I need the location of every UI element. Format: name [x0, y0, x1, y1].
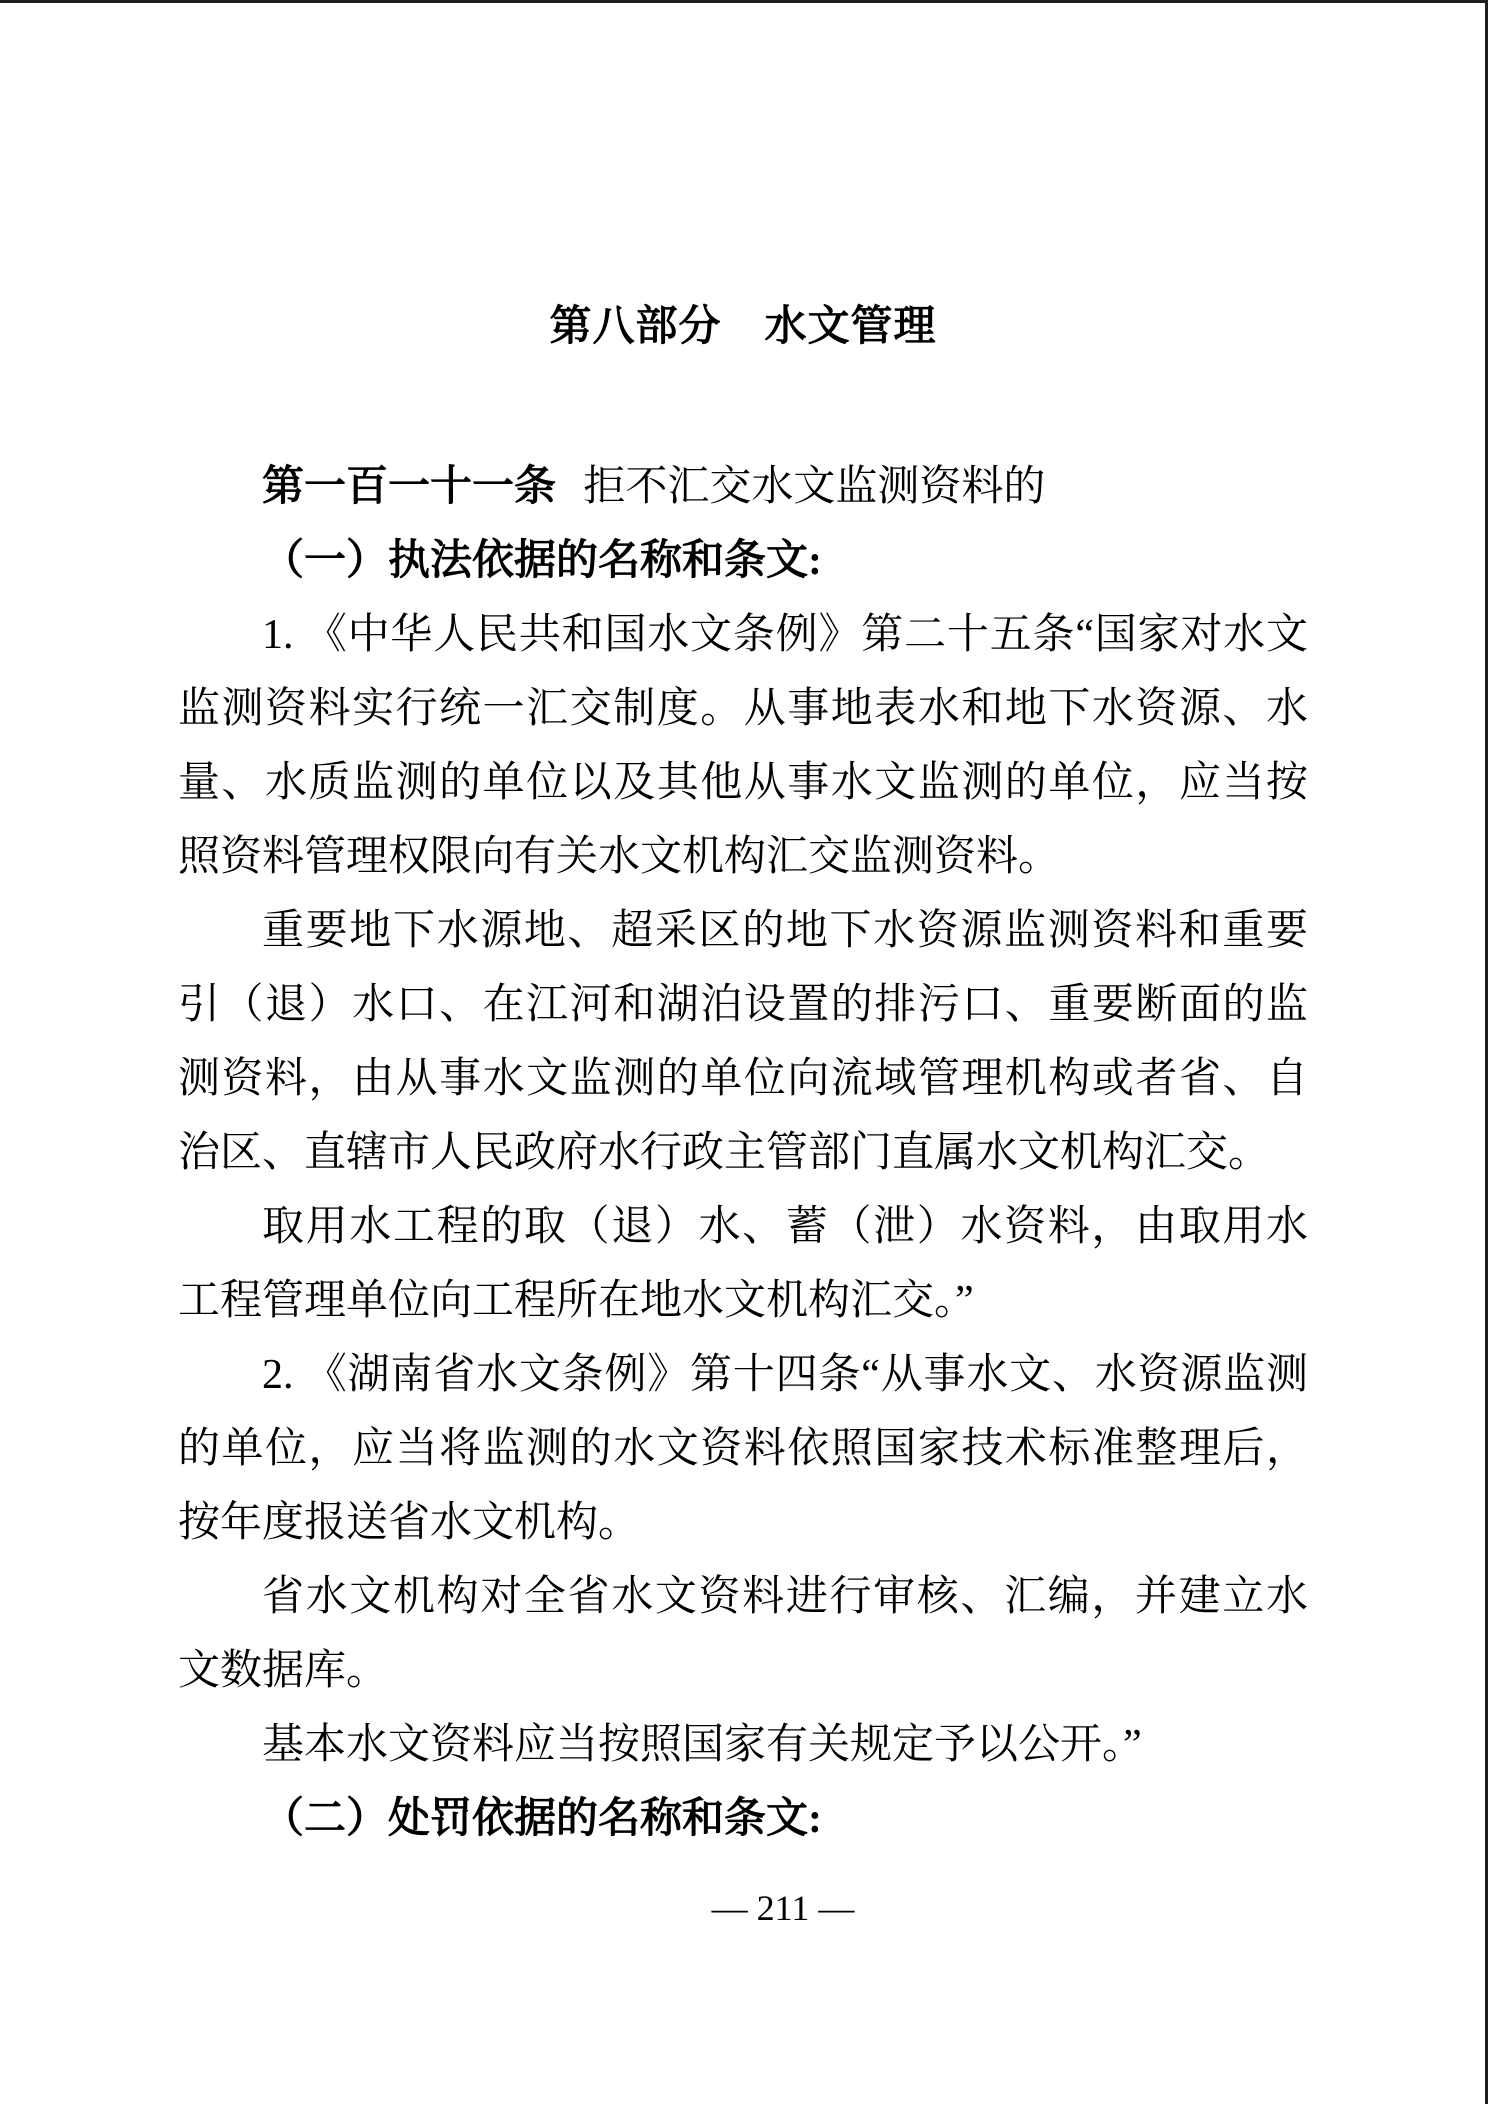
paragraph-4: 2. 《湖南省水文条例》第十四条“从事水文、水资源监测的单位，应当将监测的水文资… [178, 1338, 1308, 1560]
paragraph-3: 取用水工程的取（退）水、蓄（泄）水资料，由取用水工程管理单位向工程所在地水文机构… [178, 1190, 1308, 1338]
section-1-heading: （一）执法依据的名称和条文: [178, 524, 1308, 598]
paragraph-5: 省水文机构对全省水文资料进行审核、汇编，并建立水文数据库。 [178, 1560, 1308, 1708]
document-page: { "page": { "title": "第八部分 水文管理", "page_… [0, 0, 1488, 2104]
body-text: 第一百一十一条拒不汇交水文监测资料的 （一）执法依据的名称和条文: 1. 《中华… [178, 449, 1308, 1856]
article-number: 第一百一十一条 [262, 462, 556, 509]
paragraph-6: 基本水文资料应当按照国家有关规定予以公开。” [178, 1708, 1308, 1782]
article-heading-line: 第一百一十一条拒不汇交水文监测资料的 [178, 449, 1308, 524]
paragraph-2: 重要地下水源地、超采区的地下水资源监测资料和重要引（退）水口、在江河和湖泊设置的… [178, 894, 1308, 1190]
page-content: 第八部分 水文管理 第一百一十一条拒不汇交水文监测资料的 （一）执法依据的名称和… [0, 0, 1488, 1928]
part-title: 第八部分 水文管理 [178, 305, 1308, 347]
page-number: — 211 — [218, 1888, 1348, 1928]
article-name: 拒不汇交水文监测资料的 [583, 464, 1045, 510]
page-top-border [0, 0, 1488, 3]
paragraph-1: 1. 《中华人民共和国水文条例》第二十五条“国家对水文监测资料实行统一汇交制度。… [178, 598, 1308, 894]
section-2-heading: （二）处罚依据的名称和条文: [178, 1782, 1308, 1856]
